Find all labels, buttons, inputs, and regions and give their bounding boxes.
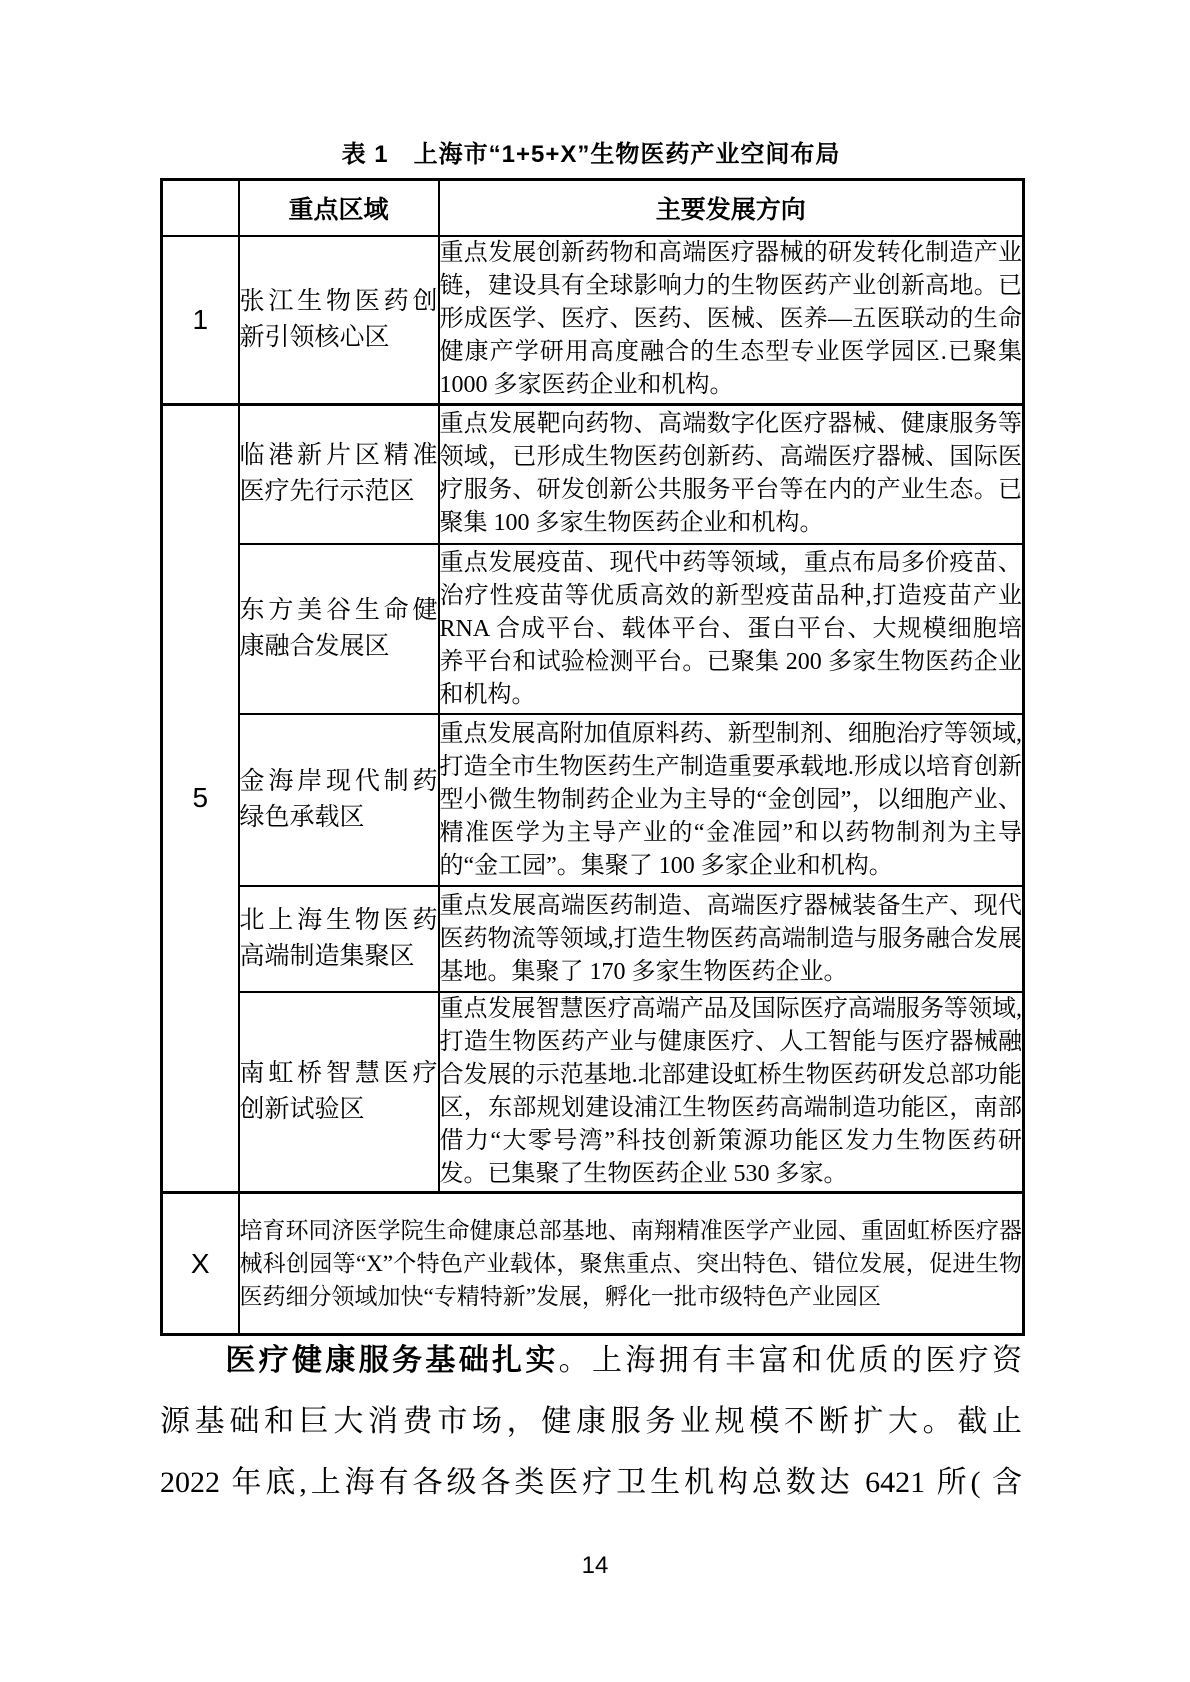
nanhongqiao-desc: 重点发展智慧医疗高端产品及国际医疗高端服务等领域,打造生物医药产业与健康医疗、人… (439, 992, 1024, 1193)
group1-number: 1 (162, 236, 239, 404)
header-cell-direction: 主要发展方向 (439, 180, 1024, 237)
lingang-desc: 重点发展靶向药物、高端数字化医疗器械、健康服务等领域，已形成生物医药创新药、高端… (439, 404, 1024, 544)
groupx-desc: 培育环同济医学院生命健康总部基地、南翔精准医学产业园、重固虹桥医疗器械科创园等“… (239, 1193, 1024, 1335)
paragraph-line-1: 医疗健康服务基础扎实。上海拥有丰富和优质的医疗资 (160, 1330, 1022, 1391)
table-row-beishanghai: 北上海生物医药高端制造集聚区 重点发展高端医药制造、高端医疗器械装备生产、现代医… (162, 886, 1024, 992)
table-row-group1: 1 张江生物医药创新引领核心区 重点发展创新药物和高端医疗器械的研发转化制造产业… (162, 236, 1024, 404)
paragraph-line-3: 2022 年底,上海有各级各类医疗卫生机构总数达 6421 所( 含 (160, 1452, 1022, 1513)
group5-number: 5 (162, 404, 239, 1193)
table-row-nanhongqiao: 南虹桥智慧医疗创新试验区 重点发展智慧医疗高端产品及国际医疗高端服务等领域,打造… (162, 992, 1024, 1193)
paragraph-lead-bold: 医疗健康服务基础扎实 (222, 1344, 559, 1377)
paragraph-line-1-rest: 。上海拥有丰富和优质的医疗资 (559, 1344, 1022, 1377)
page-number: 14 (0, 1552, 1190, 1580)
beishanghai-region: 北上海生物医药高端制造集聚区 (239, 886, 439, 992)
table-row-jinhaian: 金海岸现代制药绿色承载区 重点发展高附加值原料药、新型制剂、细胞治疗等领域,打造… (162, 714, 1024, 886)
lingang-region: 临港新片区精准医疗先行示范区 (239, 404, 439, 544)
dongfangmeigu-region: 东方美谷生命健康融合发展区 (239, 544, 439, 714)
document-page: 表 1 上海市“1+5+X”生物医药产业空间布局 重点区域 主要发展方向 1 张… (0, 0, 1190, 1682)
groupx-number: X (162, 1193, 239, 1335)
body-paragraph: 医疗健康服务基础扎实。上海拥有丰富和优质的医疗资 源基础和巨大消费市场，健康服务… (160, 1330, 1022, 1513)
table-row-lingang: 5 临港新片区精准医疗先行示范区 重点发展靶向药物、高端数字化医疗器械、健康服务… (162, 404, 1024, 544)
jinhaian-desc: 重点发展高附加值原料药、新型制剂、细胞治疗等领域,打造全市生物医药生产制造重要承… (439, 714, 1024, 886)
group1-region: 张江生物医药创新引领核心区 (239, 236, 439, 404)
nanhongqiao-region: 南虹桥智慧医疗创新试验区 (239, 992, 439, 1193)
table-title: 表 1 上海市“1+5+X”生物医药产业空间布局 (160, 134, 1022, 169)
table-header-row: 重点区域 主要发展方向 (162, 180, 1024, 237)
beishanghai-desc: 重点发展高端医药制造、高端医疗器械装备生产、现代医药物流等领域,打造生物医药高端… (439, 886, 1024, 992)
group1-desc: 重点发展创新药物和高端医疗器械的研发转化制造产业链，建设具有全球影响力的生物医药… (439, 236, 1024, 404)
header-cell-number (162, 180, 239, 237)
header-cell-region: 重点区域 (239, 180, 439, 237)
table-row-groupx: X 培育环同济医学院生命健康总部基地、南翔精准医学产业园、重固虹桥医疗器械科创园… (162, 1193, 1024, 1335)
table-row-dongfangmeigu: 东方美谷生命健康融合发展区 重点发展疫苗、现代中药等领域，重点布局多价疫苗、治疗… (162, 544, 1024, 714)
spatial-layout-table: 重点区域 主要发展方向 1 张江生物医药创新引领核心区 重点发展创新药物和高端医… (160, 178, 1025, 1336)
paragraph-line-2: 源基础和巨大消费市场，健康服务业规模不断扩大。截止 (160, 1391, 1022, 1452)
dongfangmeigu-desc: 重点发展疫苗、现代中药等领域，重点布局多价疫苗、治疗性疫苗等优质高效的新型疫苗品… (439, 544, 1024, 714)
jinhaian-region: 金海岸现代制药绿色承载区 (239, 714, 439, 886)
